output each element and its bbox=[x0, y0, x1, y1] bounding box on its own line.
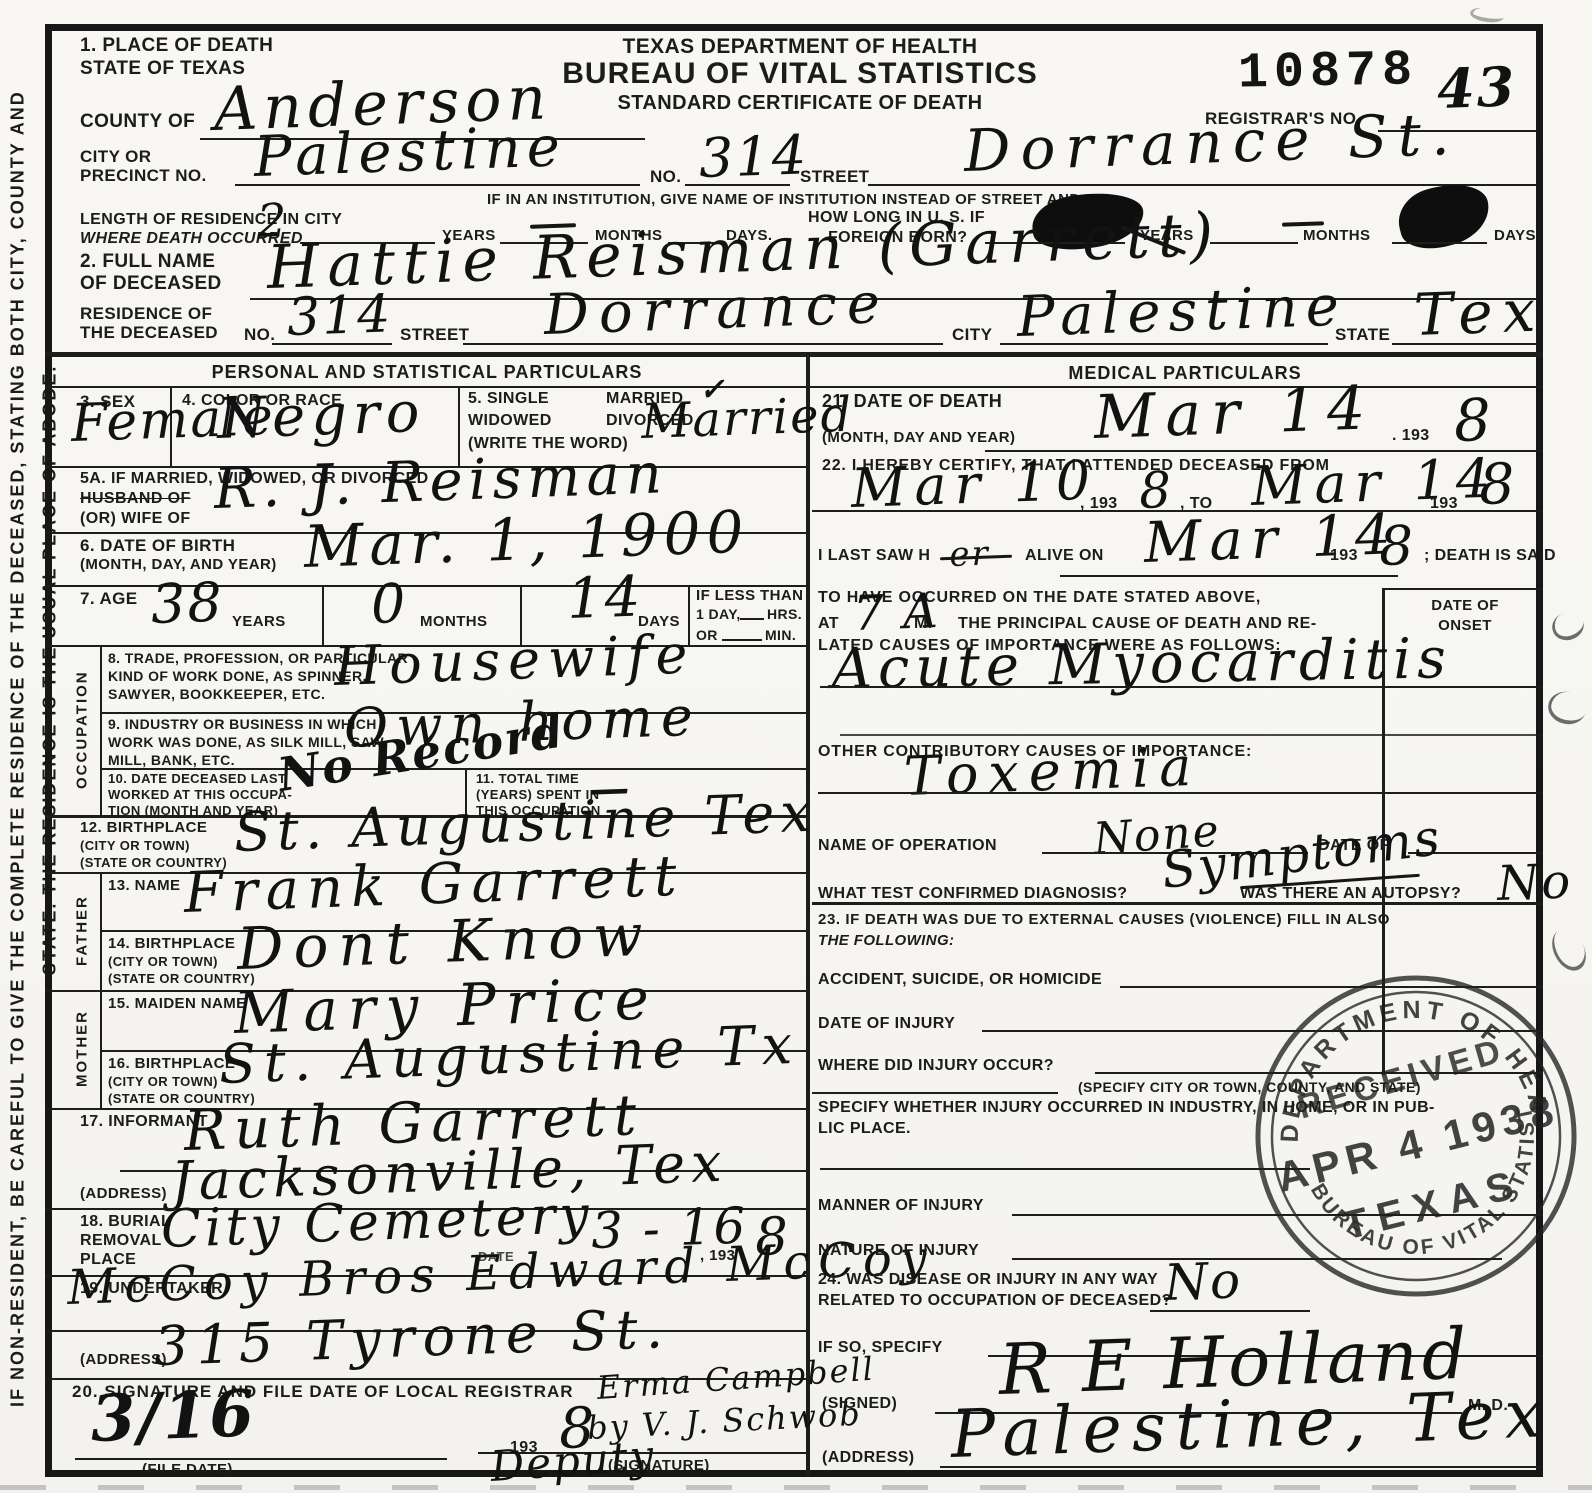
residence-city-label: CITY bbox=[952, 326, 992, 344]
age-min-label: MIN. bbox=[765, 628, 796, 643]
mother-side-label: MOTHER bbox=[66, 994, 98, 1104]
father-name-label: 13. NAME bbox=[108, 878, 180, 894]
birth-date-label2: (MONTH, DAY, AND YEAR) bbox=[80, 557, 277, 573]
father-side-label: FATHER bbox=[66, 876, 98, 986]
injury-specify-label2: LIC PLACE. bbox=[818, 1121, 911, 1138]
age-or-label: OR bbox=[696, 628, 718, 643]
age-less-than-label: IF LESS THAN bbox=[696, 588, 803, 604]
age-months-label: MONTHS bbox=[420, 614, 487, 630]
rule bbox=[1382, 588, 1543, 590]
external-causes-label2: THE FOLLOWING: bbox=[818, 933, 954, 949]
age-months-value: 0 bbox=[370, 577, 408, 632]
from-year-digit: 8 bbox=[1138, 465, 1174, 516]
date-of-death-value: Mar 14 bbox=[1093, 378, 1376, 448]
street-value: Dorrance St. bbox=[963, 105, 1460, 180]
us-days-label: DAYS bbox=[1494, 228, 1536, 244]
standard-cert-title: STANDARD CERTIFICATE OF DEATH bbox=[565, 93, 1035, 114]
mother-birthplace-label2: (CITY OR TOWN) bbox=[108, 1075, 218, 1089]
race-value: Negro bbox=[216, 385, 426, 448]
rule bbox=[940, 1466, 1540, 1468]
death-year-digit: 8 bbox=[1453, 391, 1494, 450]
cell-divider bbox=[322, 585, 324, 645]
rule bbox=[812, 902, 1543, 905]
bleed-mark bbox=[1545, 688, 1590, 728]
rule bbox=[740, 618, 764, 620]
burial-label2: REMOVAL bbox=[80, 1233, 162, 1250]
residence-street-label: STREET bbox=[400, 326, 469, 344]
related-label1: 24. WAS DISEASE OR INJURY IN ANY WAY bbox=[818, 1272, 1158, 1289]
residence-label2: THE DECEASED bbox=[80, 324, 218, 342]
file-date-value: 3/16 bbox=[90, 1382, 257, 1452]
related-label2: RELATED TO OCCUPATION OF DECEASED? bbox=[818, 1293, 1172, 1310]
rule bbox=[1060, 575, 1398, 577]
physician-address-label: (ADDRESS) bbox=[822, 1450, 915, 1467]
rule bbox=[685, 184, 790, 186]
bleed-mark bbox=[1545, 924, 1592, 977]
personal-section-title: PERSONAL AND STATISTICAL PARTICULARS bbox=[167, 363, 687, 382]
spouse-husband-label: HUSBAND OF bbox=[80, 491, 191, 508]
rule bbox=[820, 686, 1543, 688]
attended-from-value: Mar 10 bbox=[850, 453, 1099, 516]
residence-length-label1: LENGTH OF RESIDENCE IN CITY bbox=[80, 212, 342, 229]
related-value: No bbox=[1163, 1255, 1243, 1308]
us-months-label: MONTHS bbox=[1303, 228, 1370, 244]
industry-label3: MILL, BANK, ETC. bbox=[108, 753, 235, 768]
residence-street-value: Dorrance bbox=[543, 276, 891, 344]
mother-name-label: 15. MAIDEN NAME bbox=[108, 996, 247, 1012]
section-divider bbox=[45, 352, 1543, 357]
city-value: Palestine bbox=[253, 119, 567, 186]
rule bbox=[75, 1458, 447, 1460]
city-precinct-label2: PRECINCT NO. bbox=[80, 167, 207, 185]
to-year-digit: 8 bbox=[1478, 457, 1518, 514]
bureau-title: BUREAU OF VITAL STATISTICS bbox=[540, 58, 1060, 90]
column-divider bbox=[806, 352, 810, 1477]
test-label: WHAT TEST CONFIRMED DIAGNOSIS? bbox=[818, 886, 1127, 903]
full-name-label1: 2. FULL NAME bbox=[80, 252, 215, 272]
house-no-label: NO. bbox=[650, 168, 681, 186]
nature-of-injury-label: NATURE OF INJURY bbox=[818, 1243, 979, 1260]
external-causes-label1: 23. IF DEATH WAS DUE TO EXTERNAL CAUSES … bbox=[818, 912, 1390, 928]
city-precinct-label: CITY OR bbox=[80, 148, 151, 166]
rule bbox=[868, 184, 1536, 186]
last-saw-her: er bbox=[949, 537, 991, 572]
residence-label1: RESIDENCE OF bbox=[80, 305, 212, 323]
rule bbox=[235, 184, 640, 186]
margin-note-line1: IF NON-RESIDENT, BE CAREFUL TO GIVE THE … bbox=[2, 18, 34, 1480]
age-1day-label: 1 DAY, bbox=[696, 607, 741, 622]
bleed-mark bbox=[1469, 6, 1505, 25]
residence-city-value: Palestine bbox=[1016, 279, 1348, 346]
bleed-mark bbox=[1548, 607, 1588, 644]
age-years-value: 38 bbox=[150, 575, 225, 632]
dept-title: TEXAS DEPARTMENT OF HEALTH bbox=[565, 36, 1035, 58]
birth-date-label1: 6. DATE OF BIRTH bbox=[80, 537, 235, 555]
occurred-m-label: M. bbox=[914, 616, 933, 633]
autopsy-label: WAS THERE AN AUTOPSY? bbox=[1240, 886, 1461, 903]
signed-label: (SIGNED) bbox=[822, 1396, 897, 1413]
contributory-value: Toxemia bbox=[903, 740, 1202, 804]
scan-artifact-band bbox=[0, 1485, 1592, 1490]
age-hrs-label: HRS. bbox=[767, 607, 802, 622]
trade-label2: KIND OF WORK DONE, AS SPINNER, bbox=[108, 669, 367, 684]
age-label: 7. AGE bbox=[80, 590, 138, 608]
father-birthplace-label2: (CITY OR TOWN) bbox=[108, 955, 218, 969]
father-birthplace-label1: 14. BIRTHPLACE bbox=[108, 936, 235, 952]
place-of-death-label: 1. PLACE OF DEATH bbox=[80, 36, 273, 56]
trade-value: Housewife bbox=[333, 627, 696, 694]
last-saw-year-printed: 193 bbox=[1330, 548, 1358, 565]
house-no-value: 314 bbox=[698, 128, 809, 186]
rule bbox=[1210, 242, 1298, 244]
onset-label1: DATE OF bbox=[1395, 598, 1535, 614]
occupation-side-label: OCCUPATION bbox=[66, 648, 98, 812]
county-label: COUNTY OF bbox=[80, 112, 195, 132]
injury-date-label: DATE OF INJURY bbox=[818, 1016, 955, 1033]
street-label: STREET bbox=[800, 168, 869, 186]
last-saw-year-digit: 8 bbox=[1378, 519, 1416, 574]
birthplace-label2: (CITY OR TOWN) bbox=[80, 839, 190, 853]
mother-birthplace-label1: 16. BIRTHPLACE bbox=[108, 1056, 235, 1072]
last-saw-label1: I LAST SAW H bbox=[818, 548, 930, 565]
burial-label1: 18. BURIAL bbox=[80, 1214, 171, 1231]
rule bbox=[45, 386, 806, 388]
trade-label3: SAWYER, BOOKKEEPER, ETC. bbox=[108, 687, 325, 702]
marital-single-label: 5. SINGLE bbox=[468, 391, 549, 408]
age-days-value: 14 bbox=[566, 569, 643, 628]
accident-label: ACCIDENT, SUICIDE, OR HOMICIDE bbox=[818, 972, 1102, 989]
last-saw-label2: ALIVE ON bbox=[1025, 548, 1104, 565]
signature-label: (SIGNATURE) bbox=[608, 1458, 710, 1474]
birth-date-value: Mar. 1, 1900 bbox=[303, 502, 750, 576]
rule bbox=[1000, 343, 1328, 345]
last-worked-label1: 10. DATE DECEASED LAST bbox=[108, 772, 286, 786]
total-time-label1: 11. TOTAL TIME bbox=[476, 772, 579, 786]
rule bbox=[818, 792, 1543, 794]
if-so-specify-label: IF SO, SPECIFY bbox=[818, 1340, 943, 1357]
occurred-at-label: AT bbox=[818, 616, 839, 633]
birthplace-label1: 12. BIRTHPLACE bbox=[80, 820, 207, 836]
physician-address-value: Palestine, Tex bbox=[950, 1381, 1553, 1468]
bracket-line bbox=[100, 990, 102, 1108]
age-years-label: YEARS bbox=[232, 614, 286, 630]
manner-of-injury-label: MANNER OF INJURY bbox=[818, 1198, 984, 1215]
rule bbox=[812, 1092, 1058, 1094]
date-of-death-label: 21. DATE OF DEATH bbox=[822, 392, 1002, 411]
rule bbox=[1392, 242, 1487, 244]
spouse-wife-label: (OR) WIFE OF bbox=[80, 511, 191, 528]
injury-where-label: WHERE DID INJURY OCCUR? bbox=[818, 1058, 1054, 1075]
marital-widowed-label: WIDOWED bbox=[468, 413, 552, 430]
date-of-death-sublabel: (MONTH, DAY AND YEAR) bbox=[822, 430, 1015, 446]
full-name-label2: OF DECEASED bbox=[80, 274, 222, 294]
rule bbox=[722, 639, 762, 641]
certificate-file-number: 10878 bbox=[1238, 42, 1419, 102]
informant-address-label: (ADDRESS) bbox=[80, 1186, 167, 1202]
rule bbox=[272, 343, 392, 345]
death-is-said-label: ; DEATH IS SAID bbox=[1424, 548, 1556, 565]
residence-state-label: STATE bbox=[1335, 326, 1390, 344]
death-certificate-scan: IF NON-RESIDENT, BE CAREFUL TO GIVE THE … bbox=[0, 0, 1592, 1493]
autopsy-value: No bbox=[1496, 857, 1573, 908]
residence-state-value: Tex bbox=[1413, 281, 1546, 344]
rule bbox=[463, 343, 943, 345]
industry-label1: 9. INDUSTRY OR BUSINESS IN WHICH bbox=[108, 717, 377, 732]
bracket-line bbox=[100, 645, 102, 815]
last-saw-value: Mar 14 bbox=[1143, 507, 1399, 572]
rule bbox=[820, 1168, 1310, 1170]
residence-no-label: NO. bbox=[244, 326, 275, 344]
file-date-label: (FILE DATE) bbox=[142, 1462, 233, 1478]
rule bbox=[1392, 343, 1538, 345]
operation-label: NAME OF OPERATION bbox=[818, 838, 997, 855]
residence-no-value: 314 bbox=[286, 288, 393, 344]
death-year-printed: . 193 bbox=[1392, 428, 1430, 445]
